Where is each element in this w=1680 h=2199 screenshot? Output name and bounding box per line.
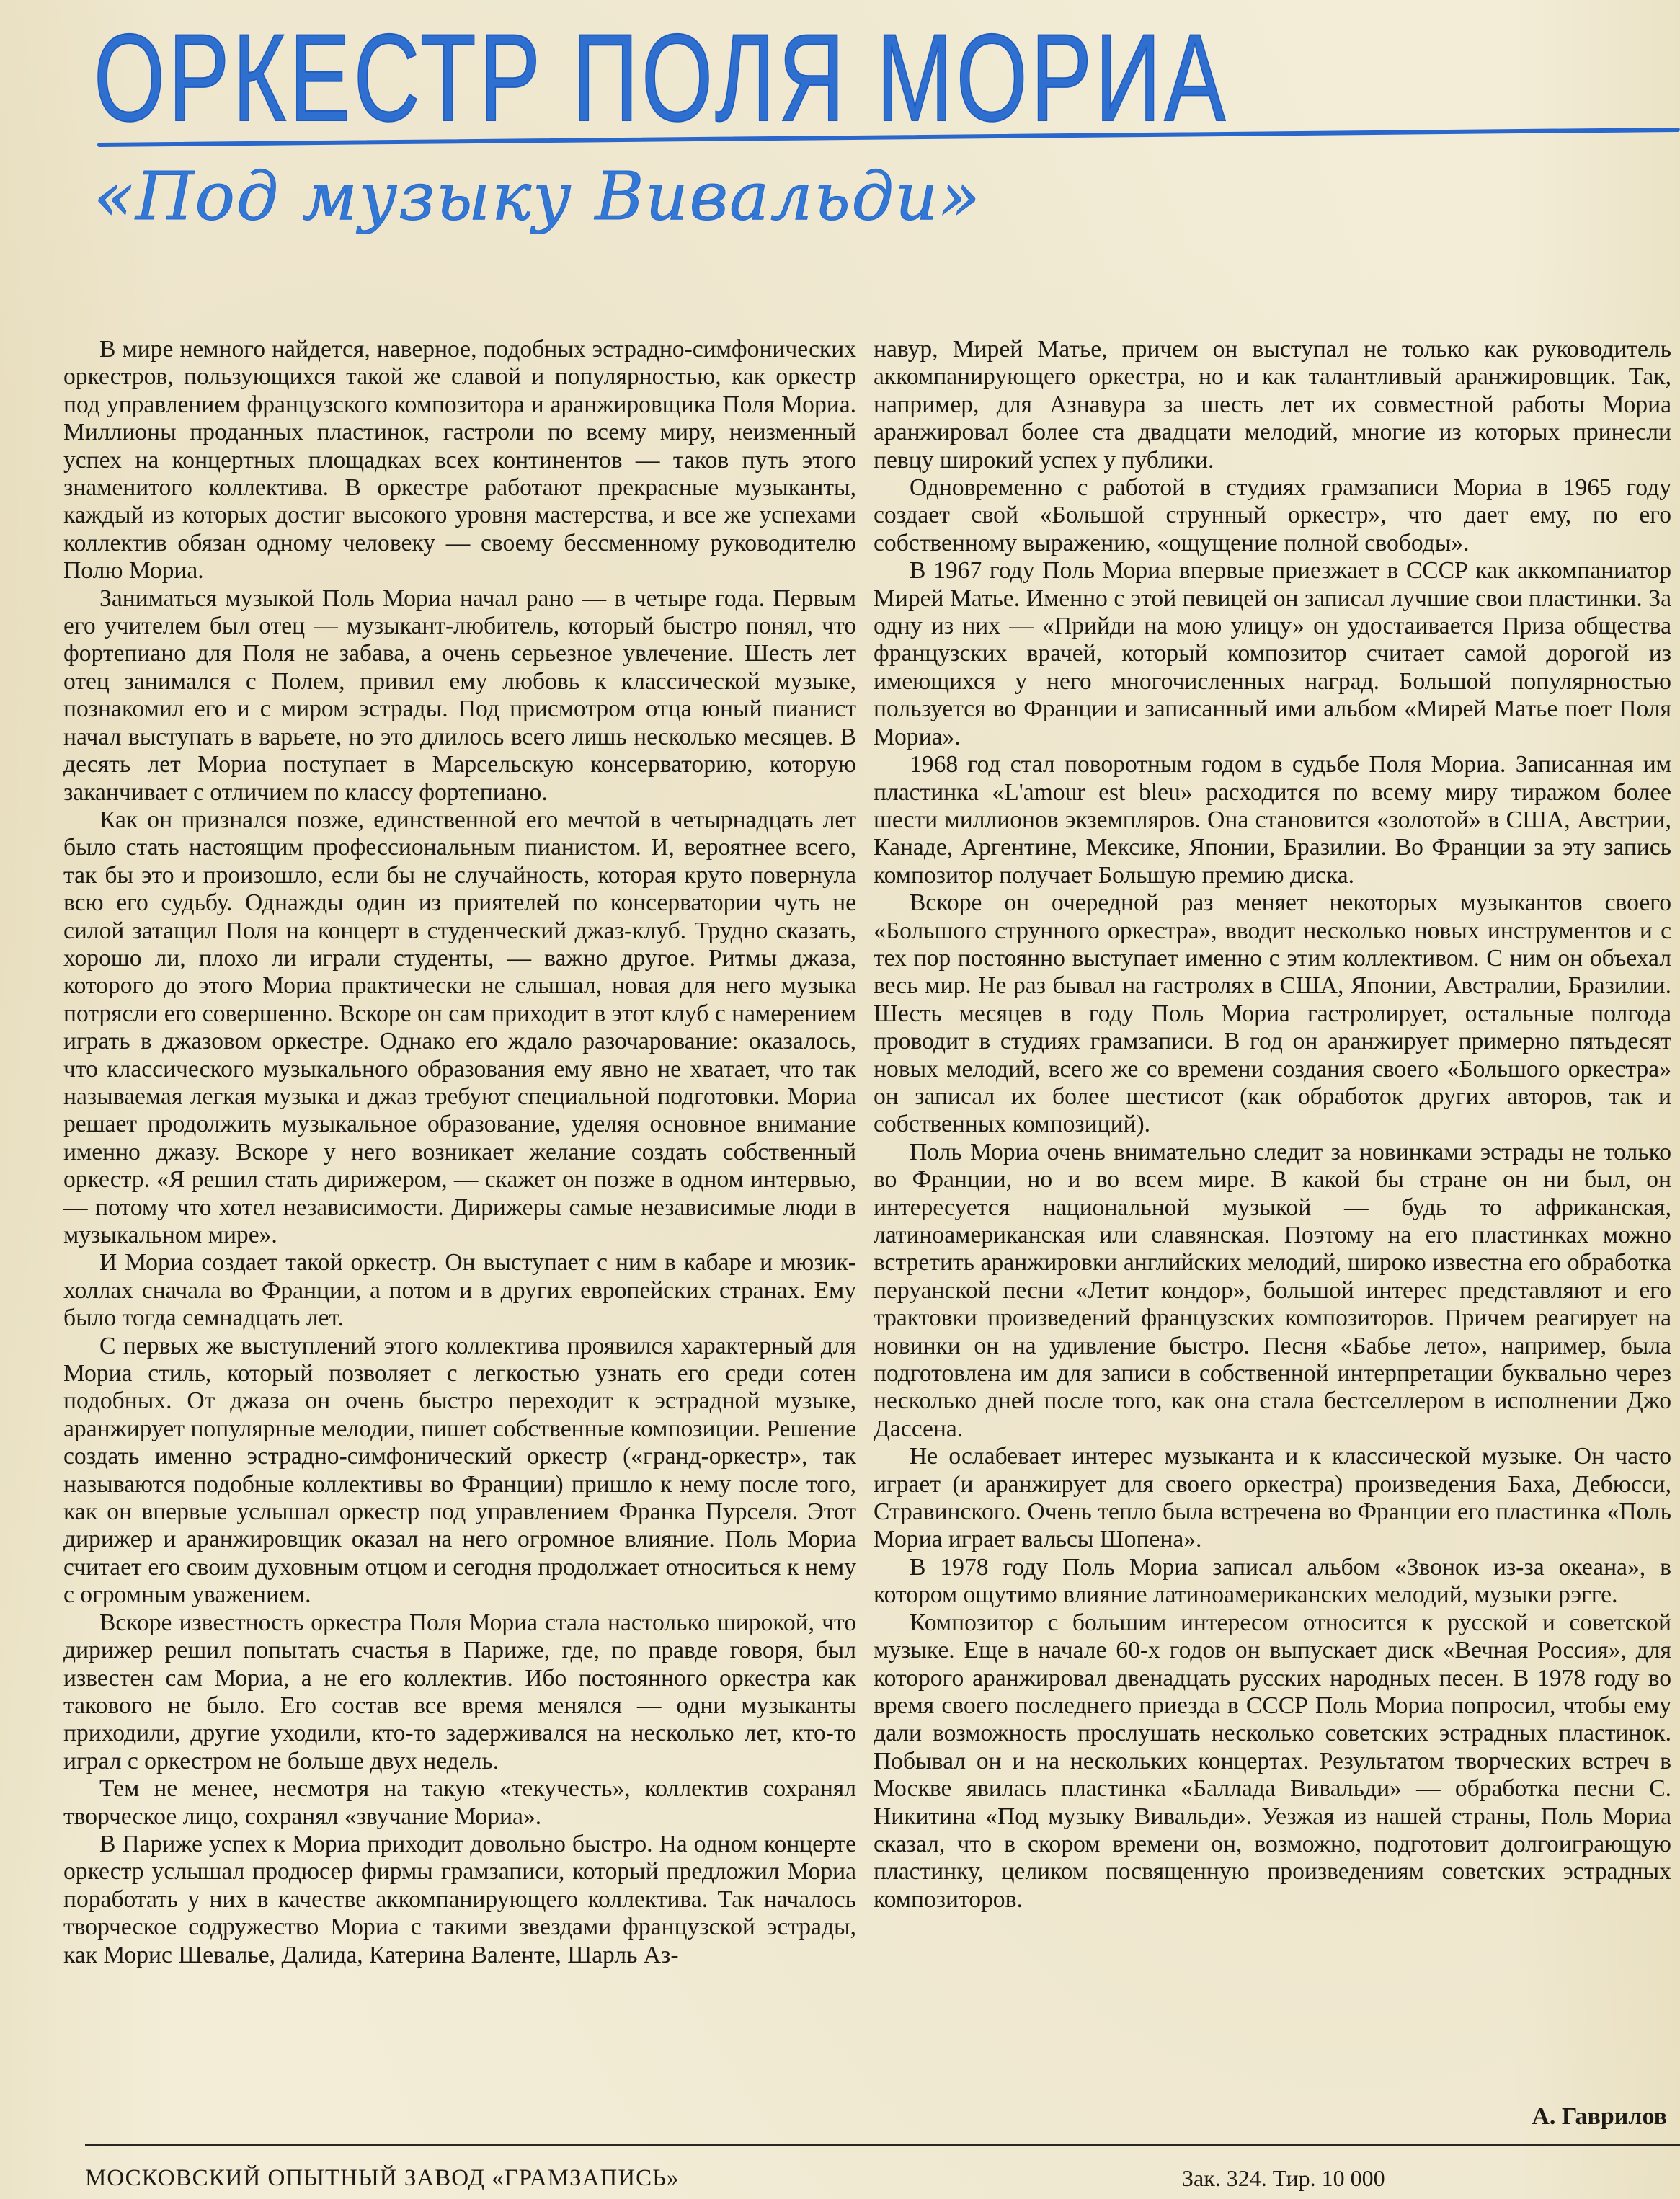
article-paragraph: Вскоре известность оркестра Поля Мориа с… bbox=[63, 1609, 856, 1775]
article-paragraph: В Париже успех к Мориа приходит довольно… bbox=[63, 1831, 856, 1969]
article-paragraph: Как он признался позже, единственной его… bbox=[63, 807, 856, 1250]
article-paragraph: навур, Мирей Матье, причем он выступал н… bbox=[874, 336, 1671, 474]
article-column-right: навур, Мирей Матье, причем он выступал н… bbox=[874, 336, 1671, 1914]
author-signature: А. Гаврилов bbox=[1532, 2103, 1667, 2131]
article-paragraph: Тем не менее, несмотря на такую «текучес… bbox=[63, 1775, 856, 1831]
article-paragraph: Заниматься музыкой Поль Мориа начал рано… bbox=[63, 585, 856, 807]
article-paragraph: Вскоре он очередной раз меняет некоторых… bbox=[874, 889, 1671, 1139]
article-paragraph: В 1978 году Поль Мориа записал альбом «З… bbox=[874, 1554, 1671, 1609]
print-run-info: Зак. 324. Тир. 10 000 bbox=[1182, 2165, 1385, 2192]
article-paragraph: И Мориа создает такой оркестр. Он выступ… bbox=[63, 1249, 856, 1332]
article-paragraph: Композитор с большим интересом относится… bbox=[874, 1609, 1671, 1914]
article-column-left: В мире немного найдется, наверное, подоб… bbox=[63, 336, 856, 1969]
article-paragraph: 1968 год стал поворотным годом в судьбе … bbox=[874, 751, 1671, 889]
article-paragraph: Одновременно с работой в студиях грамзап… bbox=[874, 474, 1671, 557]
footer-divider bbox=[85, 2144, 1680, 2146]
publisher-imprint: МОСКОВСКИЙ ОПЫТНЫЙ ЗАВОД «ГРАМЗАПИСЬ» bbox=[85, 2165, 680, 2192]
article-paragraph: В мире немного найдется, наверное, подоб… bbox=[63, 336, 856, 585]
article-paragraph: Не ослабевает интерес музыканта и к клас… bbox=[874, 1443, 1671, 1554]
article-paragraph: Поль Мориа очень внимательно следит за н… bbox=[874, 1139, 1671, 1443]
page-subtitle: «Под музыку Вивальди» bbox=[94, 160, 982, 233]
page-title: ОРКЕСТР ПОЛЯ МОРИА bbox=[94, 16, 1229, 140]
article-paragraph: С первых же выступлений этого коллектива… bbox=[63, 1333, 856, 1609]
article-paragraph: В 1967 году Поль Мориа впервые приезжает… bbox=[874, 557, 1671, 751]
